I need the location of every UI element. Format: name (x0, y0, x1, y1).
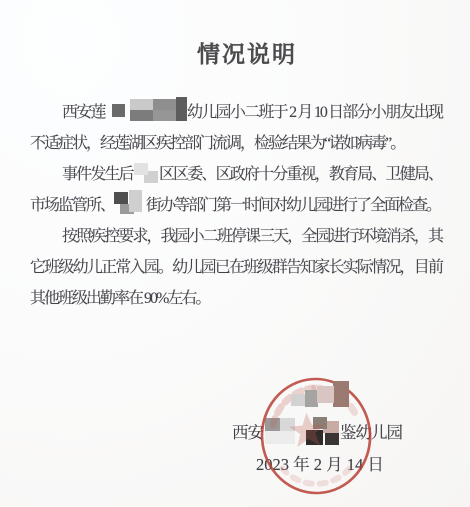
signature: 西安鉴幼儿园 (232, 417, 402, 445)
signature-text: 西安 (232, 419, 263, 443)
paragraph-response: 事件发生后区区委、区政府十分重视，教育局、卫健局、市场监管所、街办等部门第一时间… (30, 159, 442, 221)
document-title: 情况说明 (12, 36, 470, 69)
redaction-mosaic-stamp-4 (291, 394, 305, 406)
paragraph-text: 街办等部门第一时间对幼儿园进行了全面检查。 (146, 197, 440, 214)
redaction-mosaic-district-name (133, 163, 159, 183)
paragraph-text: 事件发生后 (62, 166, 133, 183)
document-date: 2023 年 2 月 14 日 (256, 451, 384, 475)
redaction-mosaic-kindergarten-name (105, 97, 187, 121)
paragraph-incident: 西安莲幼儿园小二班于 2 月 10 日部分小朋友出现不适症状，经莲湖区疾控部门流… (30, 97, 442, 159)
paragraph-measures: 按照疾控要求，我园小二班停课三天，全园进行环境消杀，其它班级幼儿正常入园。幼儿园… (30, 221, 442, 314)
signature-text: 鉴幼儿园 (340, 419, 402, 443)
redaction-mosaic-street-office-name (114, 190, 146, 214)
scanned-document-page: 情况说明 西安莲幼儿园小二班于 2 月 10 日部分小朋友出现不适症状，经莲湖区… (0, 0, 470, 507)
redaction-mosaic-stamp-1 (333, 381, 349, 407)
document-body: 西安莲幼儿园小二班于 2 月 10 日部分小朋友出现不适症状，经莲湖区疾控部门流… (30, 97, 442, 314)
redaction-mosaic-signature-2 (306, 417, 340, 445)
paragraph-text: 西安莲 (62, 104, 105, 121)
redaction-mosaic-stamp-3 (317, 386, 334, 403)
redaction-mosaic-signature-1 (265, 418, 295, 444)
